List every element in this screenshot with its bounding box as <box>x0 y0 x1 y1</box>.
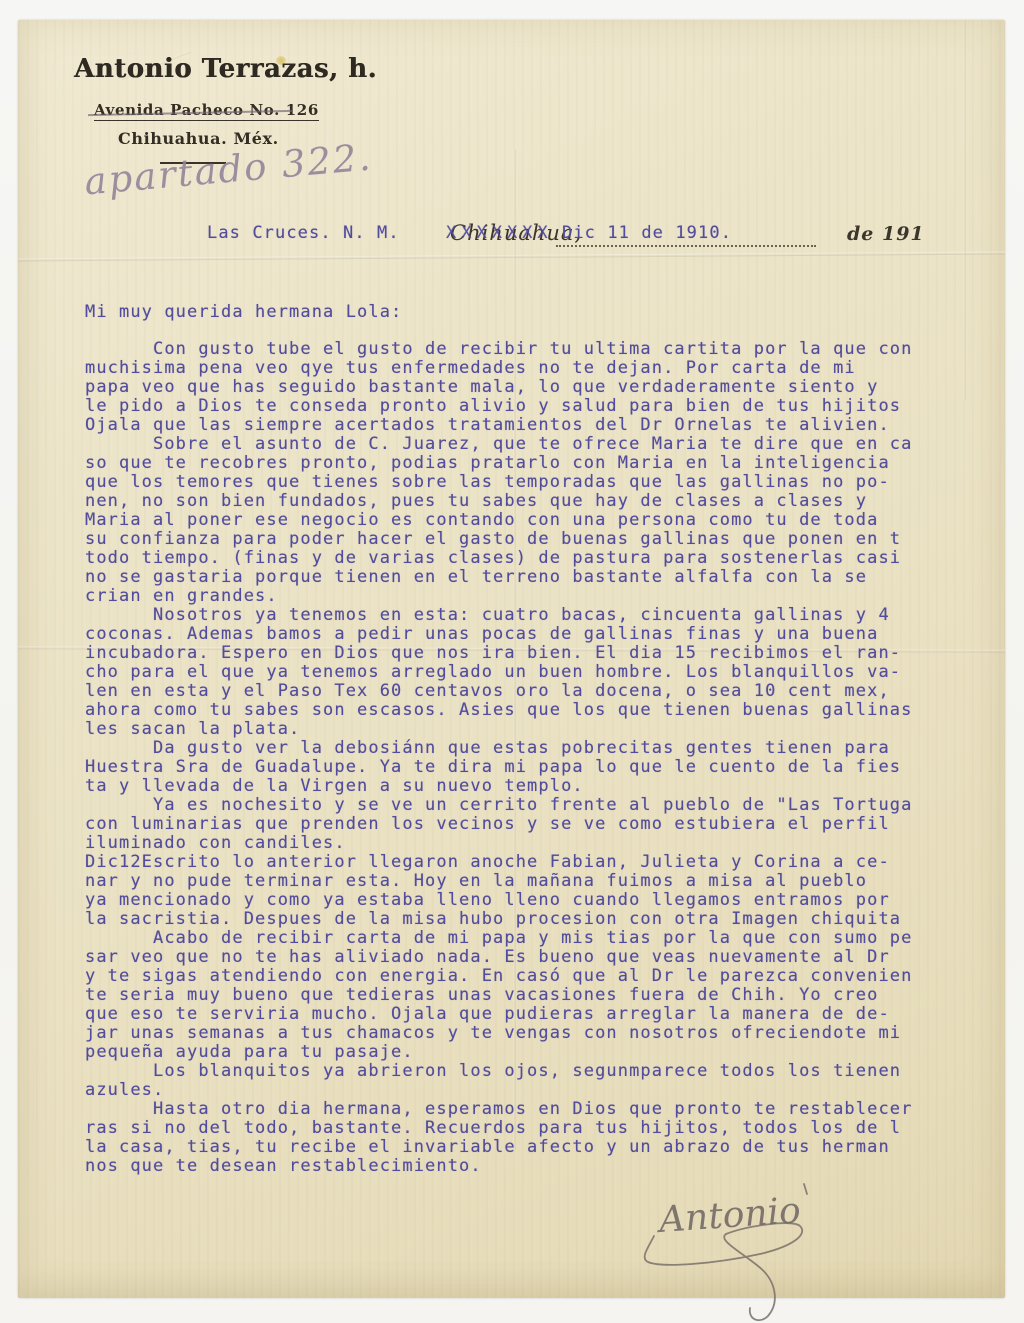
paragraph-6: Dic12Escrito lo anterior llegaron anoche… <box>85 853 965 929</box>
dateline-strikeout-overtype: XXXXXXX <box>446 224 553 243</box>
dateline: Las Cruces. N. M. Chihuahua, XXXXXXX Dic… <box>18 224 1005 250</box>
fold-crease-top <box>18 252 1005 262</box>
signature-flourish-icon: Antonio <box>618 1170 918 1323</box>
signature-name: Antonio <box>655 1190 802 1241</box>
paragraph-9: Hasta otro dia hermana, esperamos en Dio… <box>85 1100 965 1176</box>
paragraph-4: Da gusto ver la debosiánn que estas pobr… <box>85 739 965 796</box>
paragraph-5: Ya es nochesito y se ve un cerrito frent… <box>85 796 965 853</box>
letter-document-paper: Antonio Terrazas, h. Avenida Pacheco No.… <box>18 20 1005 1298</box>
letter-body: Con gusto tube el gusto de recibir tu ul… <box>85 340 965 1176</box>
dateline-typed-place: Las Cruces. N. M. <box>207 224 400 243</box>
scanned-letter-page: { "colors":{ "background":"#f5f5f3", "pa… <box>0 0 1024 1323</box>
paragraph-7: Acabo de recibir carta de mi papa y mis … <box>85 929 965 1062</box>
paragraph-3: Nosotros ya tenemos en esta: cuatro baca… <box>85 606 965 739</box>
salutation: Mi muy querida hermana Lola: <box>85 303 402 322</box>
paragraph-2: Sobre el asunto de C. Juarez, que te ofr… <box>85 435 965 606</box>
dateline-typed-date: Dic 11 de 1910. <box>562 224 732 243</box>
signature-block: Antonio <box>618 1170 918 1323</box>
dateline-dotted-rule <box>556 245 816 247</box>
letterhead-name: Antonio Terrazas, h. <box>74 54 377 84</box>
dateline-printed-year-suffix: de 191 <box>847 223 925 245</box>
paragraph-8: Los blanquitos ya abrieron los ojos, seg… <box>85 1062 965 1100</box>
paragraph-1: Con gusto tube el gusto de recibir tu ul… <box>85 340 965 435</box>
